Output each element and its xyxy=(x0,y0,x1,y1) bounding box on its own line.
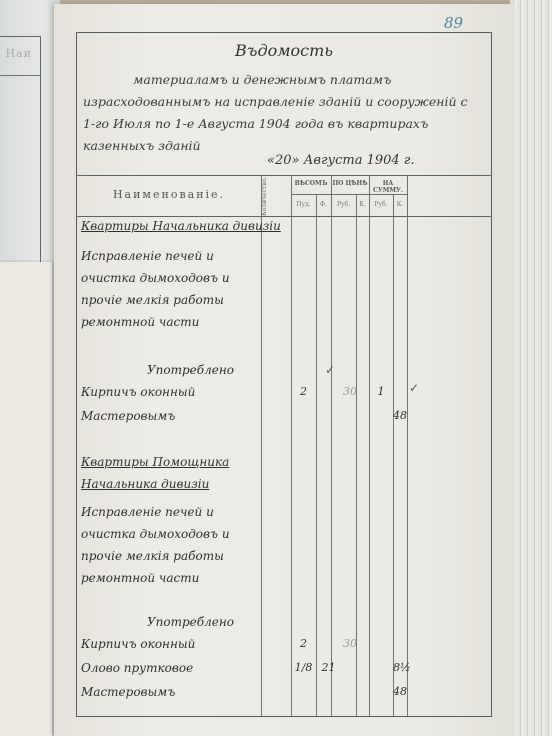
header-f: Ф. xyxy=(316,201,331,208)
item-sum-rub: 1 xyxy=(369,385,393,398)
item-name: Олово прутковое xyxy=(81,661,193,675)
section-1-description: Исправленіе печей и очистка дымоходовъ и… xyxy=(81,245,257,333)
previous-page-header: Наи xyxy=(6,47,32,60)
header-name: Наименованіе. xyxy=(77,188,261,201)
item-name: Кирпичъ оконный xyxy=(81,385,195,399)
item-price: 30 xyxy=(331,637,369,650)
header-price-rub: Руб. xyxy=(331,201,356,208)
header-sum: НА СУММУ. xyxy=(369,180,407,194)
check-mark-icon: ✓ xyxy=(409,381,419,395)
header-quantity: Количество. xyxy=(261,176,291,216)
page-edges xyxy=(510,0,552,736)
item-pud: 1/8 xyxy=(291,661,316,674)
item-pud: 2 xyxy=(291,637,316,650)
item-name: Мастеровымъ xyxy=(81,409,175,423)
section-1-used-label: Употреблено xyxy=(147,363,234,377)
table-body: Квартиры Начальника дивизіи Исправленіе … xyxy=(77,215,491,716)
header-price: ПО ЦѢНѢ xyxy=(331,180,369,187)
header-price-k: К. xyxy=(356,201,369,208)
table-header: Наименованіе. Количество. ВѢСОМЪ Пуд. Ф.… xyxy=(77,175,491,217)
section-1-title: Квартиры Начальника дивизіи xyxy=(81,219,281,233)
date-line: «20» Августа 1904 г. xyxy=(267,153,415,168)
item-name: Мастеровымъ xyxy=(81,685,175,699)
ledger-photo: Наи 89 Въдомость материаламъ и денежнымъ… xyxy=(0,0,552,736)
folio-number: 89 xyxy=(444,14,463,32)
form-frame: Въдомость материаламъ и денежнымъ платам… xyxy=(76,32,492,717)
item-price: 30 xyxy=(331,385,369,398)
section-2-description: Исправленіе печей и очистка дымоходовъ и… xyxy=(81,501,257,589)
item-sum-k: 48 xyxy=(393,685,407,698)
item-name: Кирпичъ оконный xyxy=(81,637,195,651)
item-sum-k: 48 xyxy=(393,409,407,422)
header-sum-k: К. xyxy=(393,201,407,208)
header-pud: Пуд. xyxy=(291,201,316,208)
inserted-paper-slip xyxy=(0,262,52,736)
header-sum-rub: Руб. xyxy=(369,201,393,208)
item-sum-k: 8½ xyxy=(393,661,407,674)
intro-text: материаламъ и денежнымъ платамъ израсход… xyxy=(83,69,481,157)
item-pud: 2 xyxy=(291,385,316,398)
section-2-used-label: Употреблено xyxy=(147,615,234,629)
check-mark-icon: ✓ xyxy=(325,363,335,377)
section-2-title: Квартиры Помощника Начальника дивизіи xyxy=(81,451,261,495)
document-heading: Въдомость xyxy=(77,41,491,60)
item-price-rub: 21 xyxy=(316,661,341,674)
header-weight: ВѢСОМЪ xyxy=(291,180,331,187)
previous-page-frame: Наи xyxy=(0,36,41,268)
